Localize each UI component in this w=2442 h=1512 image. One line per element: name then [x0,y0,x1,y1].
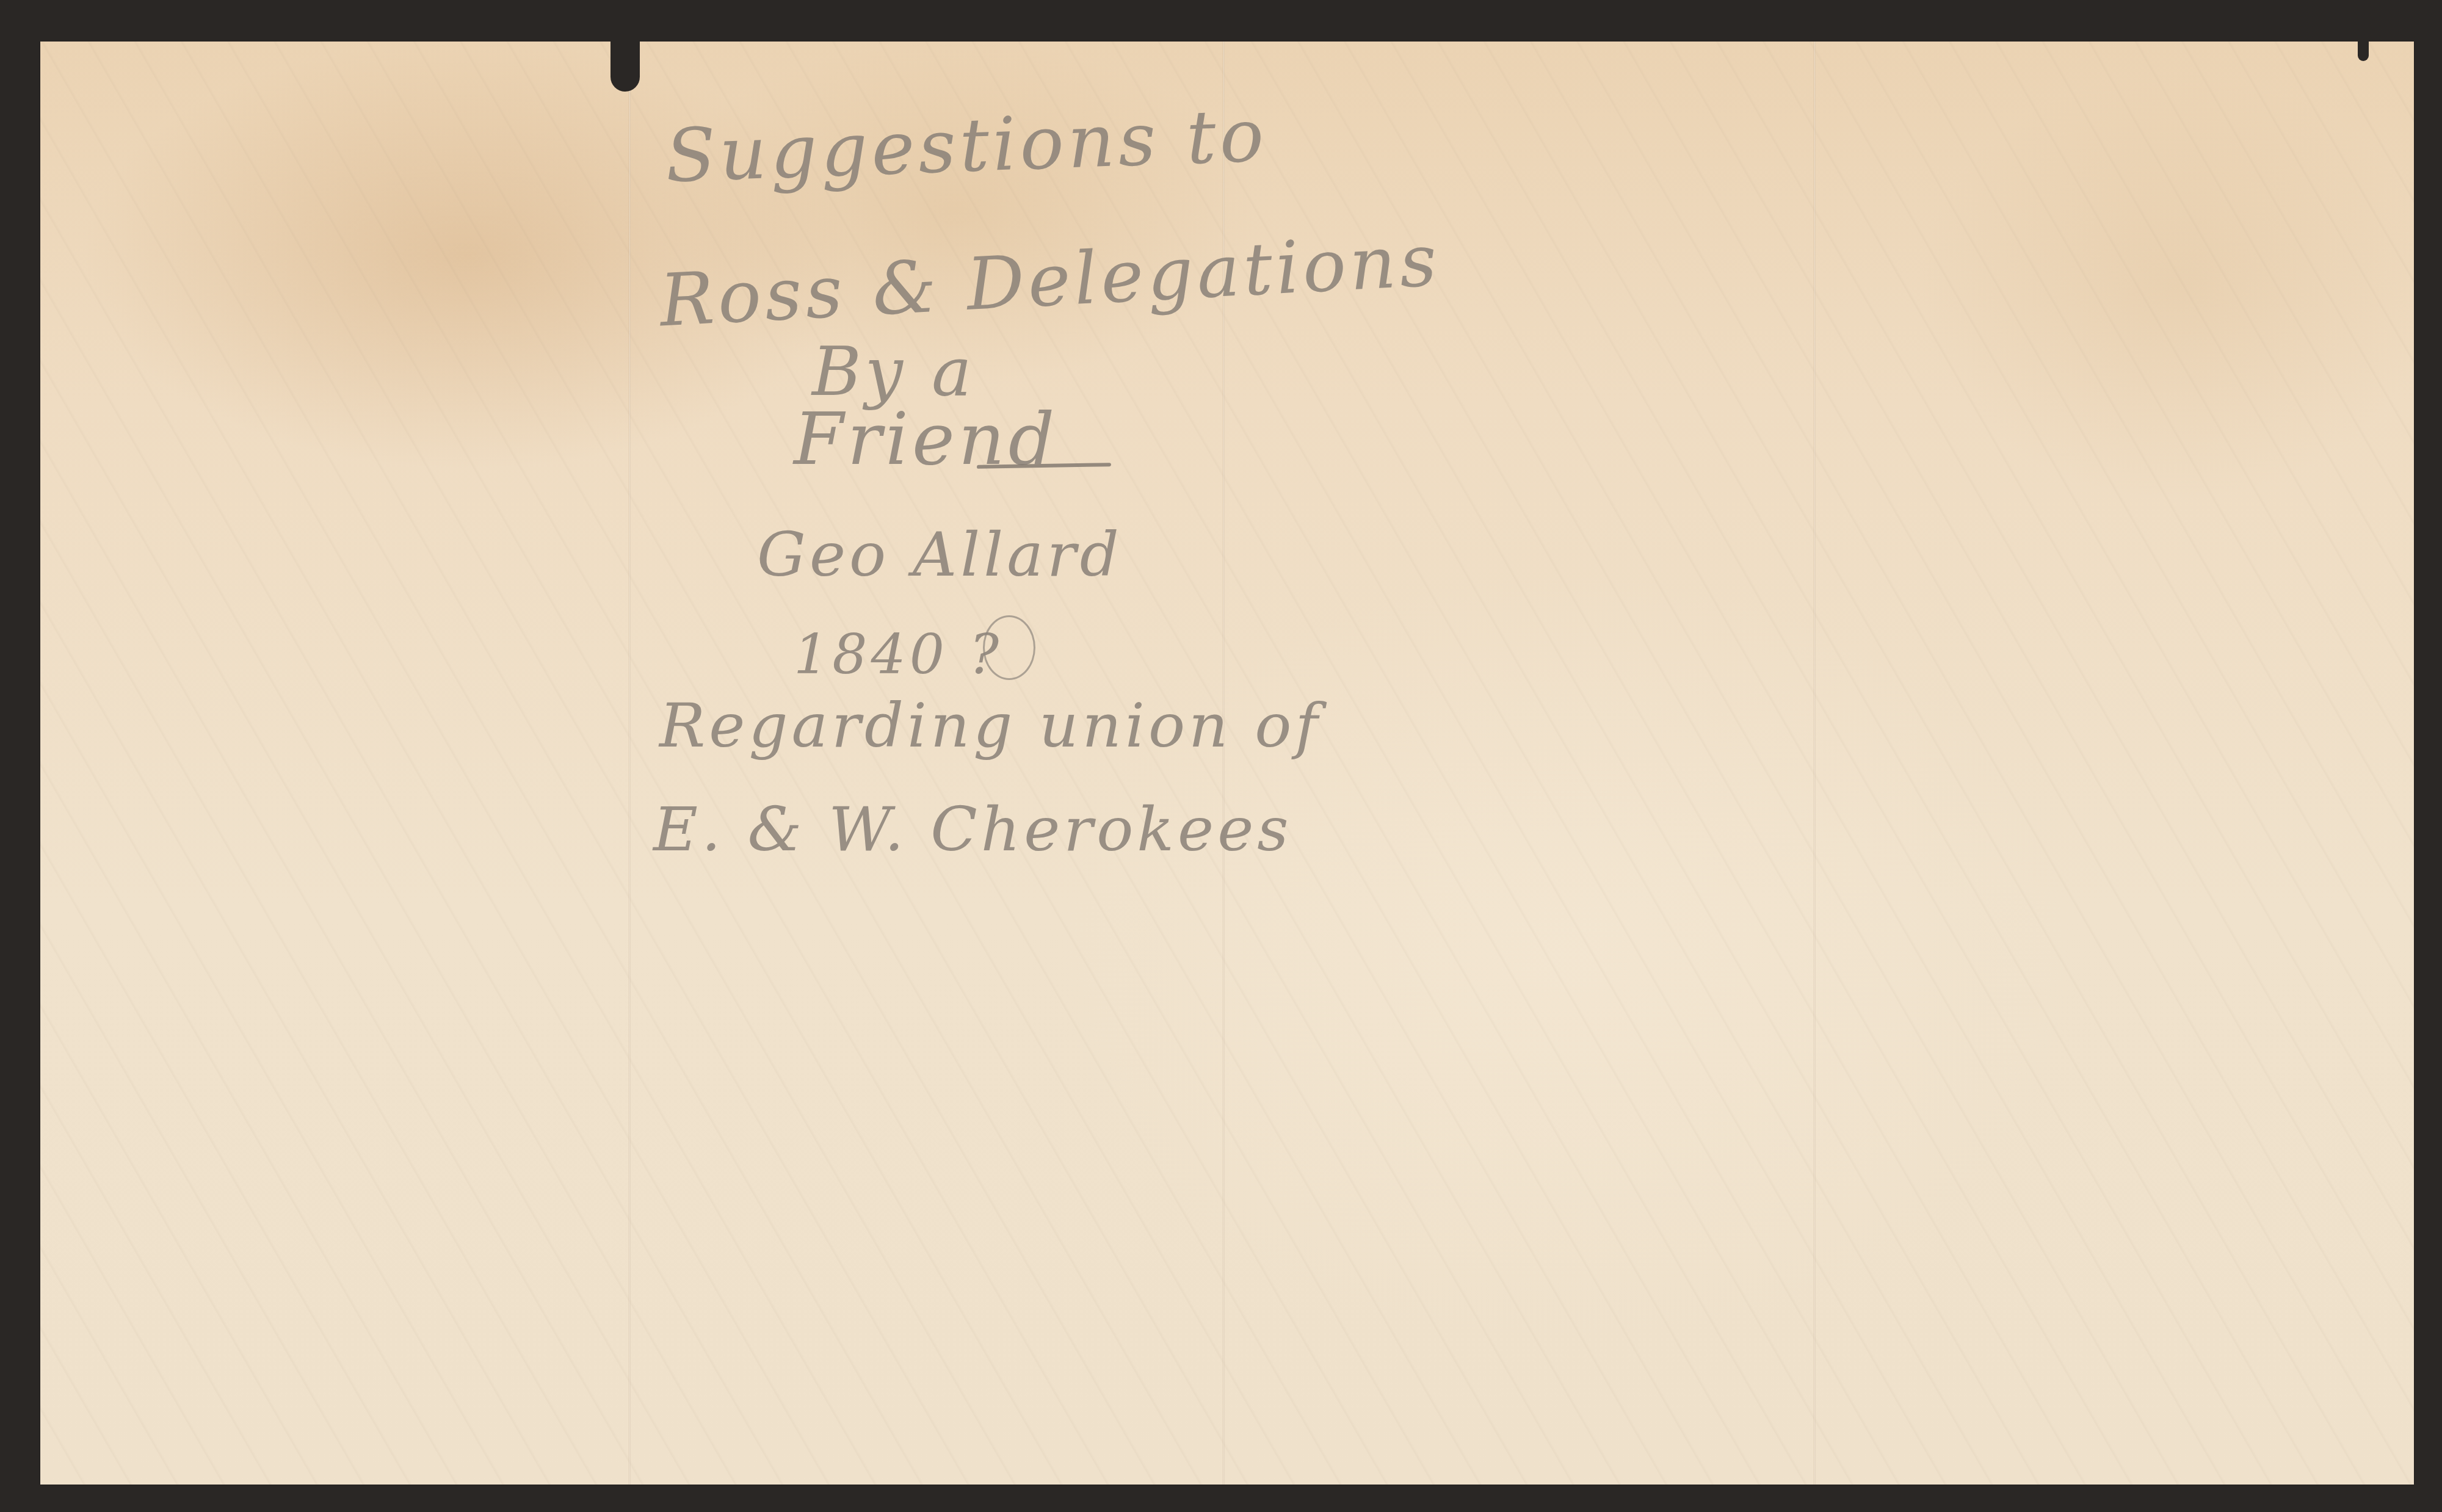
docket-line-regarding: Regarding union of [659,690,1322,761]
fold-line-3 [1814,42,1816,1485]
circled-query-mark [983,615,1035,680]
corner-tear [2358,37,2369,61]
fold-line-1 [629,42,631,1485]
docket-year: 1840 ? [794,623,1002,687]
docket-author: Geo Allard [757,519,1123,590]
top-edge-tear [610,37,640,92]
year-value: 1840 [794,623,948,687]
docket-line-cherokees: E. & W. Cherokees [653,794,1292,865]
docket-line-friend: Friend [794,397,1058,481]
